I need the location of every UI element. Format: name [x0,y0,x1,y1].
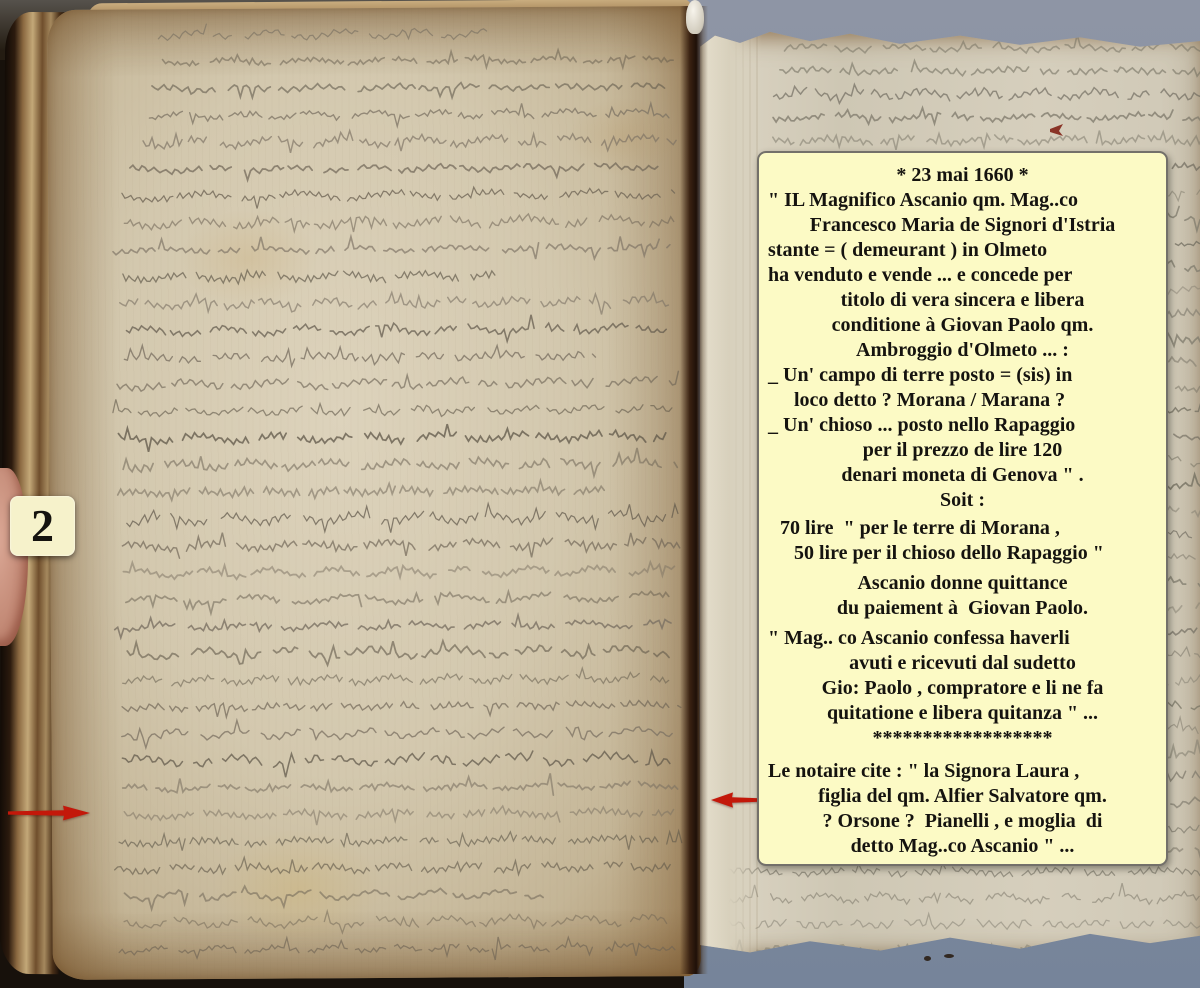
handwriting-left-page [47,6,701,980]
note-line: " IL Magnifico Ascanio qm. Mag..co [768,188,1157,213]
note-line: titolo di vera sincera e libera [768,288,1157,313]
page-number-label: 2 [31,503,54,549]
note-line: detto Mag..co Ascanio " ... [768,834,1157,859]
note-line: figlia del qm. Alfier Salvatore qm. [768,784,1157,809]
red-arrow-left-icon [711,791,759,809]
right-page-margin-edge [700,30,762,958]
note-line: Le notaire cite : " la Signora Laura , [768,759,1157,784]
note-line: per il prezzo de lire 120 [768,438,1157,463]
note-line: avuti e ricevuti dal sudetto [768,651,1157,676]
note-line: loco detto ? Morana / Marana ? [768,388,1157,413]
ink-dot [944,954,954,958]
note-line: * 23 mai 1660 * [768,163,1157,188]
note-line: _ Un' chioso ... posto nello Rapaggio [768,413,1157,438]
note-line: ? Orsone ? Pianelli , e moglia di [768,809,1157,834]
paper-curl-highlight [686,0,704,34]
note-line: Francesco Maria de Signori d'Istria [768,213,1157,238]
note-line: conditione à Giovan Paolo qm. [768,313,1157,338]
note-line: _ Un' campo di terre posto = (sis) in [768,363,1157,388]
note-line: Ascanio donne quittance [768,571,1157,596]
note-line: " Mag.. co Ascanio confessa haverli [768,626,1157,651]
note-line: 70 lire " per le terre di Morana , [768,516,1157,541]
note-line: stante = ( demeurant ) in Olmeto [768,238,1157,263]
note-line: Soit : [768,488,1157,513]
red-arrow-right-icon [8,804,90,822]
note-line: ha venduto e vende ... e concede per [768,263,1157,288]
annotation-note: * 23 mai 1660 *" IL Magnifico Ascanio qm… [757,151,1168,866]
note-line: du paiement à Giovan Paolo. [768,596,1157,621]
note-line: ****************** [768,726,1157,751]
book-gutter-shadow [680,6,708,974]
note-text-block: * 23 mai 1660 *" IL Magnifico Ascanio qm… [768,163,1157,859]
note-line: quitatione e libera quitanza " ... [768,701,1157,726]
note-line: Ambroggio d'Olmeto ... : [768,338,1157,363]
note-line: Gio: Paolo , compratore e li ne fa [768,676,1157,701]
manuscript-photo: 2 * 23 mai 1660 *" IL Magnifico Ascanio … [0,0,1200,988]
left-manuscript-page [47,6,701,980]
note-line: 50 lire per il chioso dello Rapaggio " [768,541,1157,566]
note-line: denari moneta di Genova " . [768,463,1157,488]
small-red-mark-icon [1050,124,1064,137]
ink-dot [924,956,931,961]
page-number-marker: 2 [10,496,75,556]
